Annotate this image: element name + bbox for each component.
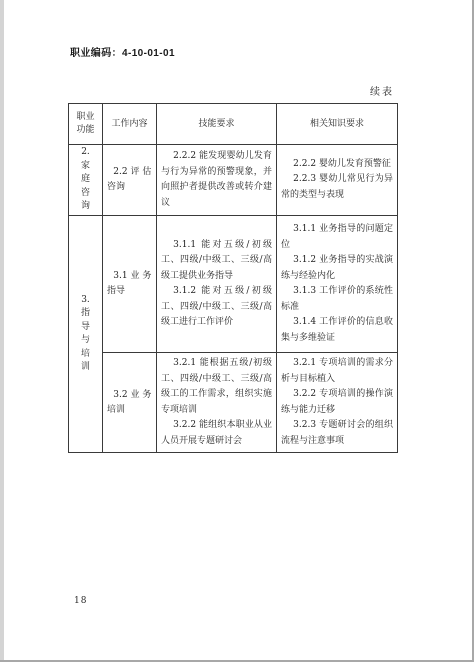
header-cell-job-function: 职业 功能 — [69, 104, 103, 145]
knowledge-item: 3.1.1 业务指导的问题定位 — [281, 222, 393, 253]
cell-function-family-counseling: 2. 家 庭 咨 询 — [69, 145, 103, 216]
cell-skills-3-2: 3.2.1 能根据五级/初级工、四级/中级工、三级/高级工的工作需求，组织实施专… — [157, 353, 277, 453]
header-cell-skill-requirements: 技能要求 — [157, 104, 277, 145]
cell-work-content-3-2: 3.2 业 务 培训 — [103, 353, 157, 453]
cell-function-guidance-training: 3. 指 导 与 培 训 — [69, 216, 103, 453]
knowledge-item: 3.1.2 业务指导的实战演练与经验内化 — [281, 253, 393, 284]
header-cell-knowledge-requirements: 相关知识要求 — [277, 104, 398, 145]
knowledge-item: 3.1.3 工作评价的系统性标准 — [281, 284, 393, 315]
scan-edge-left — [0, 0, 4, 662]
cell-skills-3-1: 3.1.1 能对五级/初级工、四级/中级工、三级/高级工提供业务指导 3.1.2… — [157, 216, 277, 353]
knowledge-item: 3.2.2 专项培训的操作演练与能力迁移 — [281, 387, 393, 418]
knowledge-item: 3.2.3 专题研讨会的组织流程与注意事项 — [281, 418, 393, 449]
page-number: 18 — [74, 596, 87, 606]
occupation-code-label: 职业编码：4-10-01-01 — [70, 44, 175, 59]
skill-item: 3.1.2 能对五级/初级工、四级/中级工、三级/高级工进行工作评价 — [161, 284, 272, 331]
cell-work-content-2-2: 2.2 评 估 咨询 — [103, 145, 157, 216]
knowledge-item: 3.1.4 工作评价的信息收集与多维验证 — [281, 315, 393, 346]
knowledge-item: 2.2.3 婴幼儿常见行为异常的类型与表现 — [281, 172, 393, 203]
document-page: { "page": { "occupation_code": "职业编码：4-1… — [0, 0, 474, 662]
cell-knowledge-2-2: 2.2.2 婴幼儿发育预警征 2.2.3 婴幼儿常见行为异常的类型与表现 — [277, 145, 398, 216]
knowledge-item: 2.2.2 婴幼儿发育预警征 — [281, 157, 393, 173]
occupational-standard-table: 职业 功能 工作内容 技能要求 相关知识要求 2. 家 庭 咨 询 2.2 评 … — [68, 103, 398, 453]
skill-item: 3.1.1 能对五级/初级工、四级/中级工、三级/高级工提供业务指导 — [161, 238, 272, 285]
continued-table-label: 续表 — [370, 83, 394, 98]
skill-item: 3.2.2 能组织本职业从业人员开展专题研讨会 — [161, 418, 272, 449]
cell-knowledge-3-2: 3.2.1 专项培训的需求分析与目标植入 3.2.2 专项培训的操作演练与能力迁… — [277, 353, 398, 453]
table-row-business-guidance: 3. 指 导 与 培 训 3.1 业 务 指导 3.1.1 能对五级/初级工、四… — [69, 216, 398, 353]
cell-skills-2-2: 2.2.2 能发现婴幼儿发育与行为异常的预警现象，并向照护者提供改善或转介建议 — [157, 145, 277, 216]
table-row-family-counseling: 2. 家 庭 咨 询 2.2 评 估 咨询 2.2.2 能发现婴幼儿发育与行为异… — [69, 145, 398, 216]
header-cell-work-content: 工作内容 — [103, 104, 157, 145]
cell-knowledge-3-1: 3.1.1 业务指导的问题定位 3.1.2 业务指导的实战演练与经验内化 3.1… — [277, 216, 398, 353]
skill-item: 3.2.1 能根据五级/初级工、四级/中级工、三级/高级工的工作需求，组织实施专… — [161, 356, 272, 418]
table-header-row: 职业 功能 工作内容 技能要求 相关知识要求 — [69, 104, 398, 145]
table-row-business-training: 3.2 业 务 培训 3.2.1 能根据五级/初级工、四级/中级工、三级/高级工… — [69, 353, 398, 453]
cell-work-content-3-1: 3.1 业 务 指导 — [103, 216, 157, 353]
knowledge-item: 3.2.1 专项培训的需求分析与目标植入 — [281, 356, 393, 387]
skill-item: 2.2.2 能发现婴幼儿发育与行为异常的预警现象，并向照护者提供改善或转介建议 — [161, 149, 272, 211]
